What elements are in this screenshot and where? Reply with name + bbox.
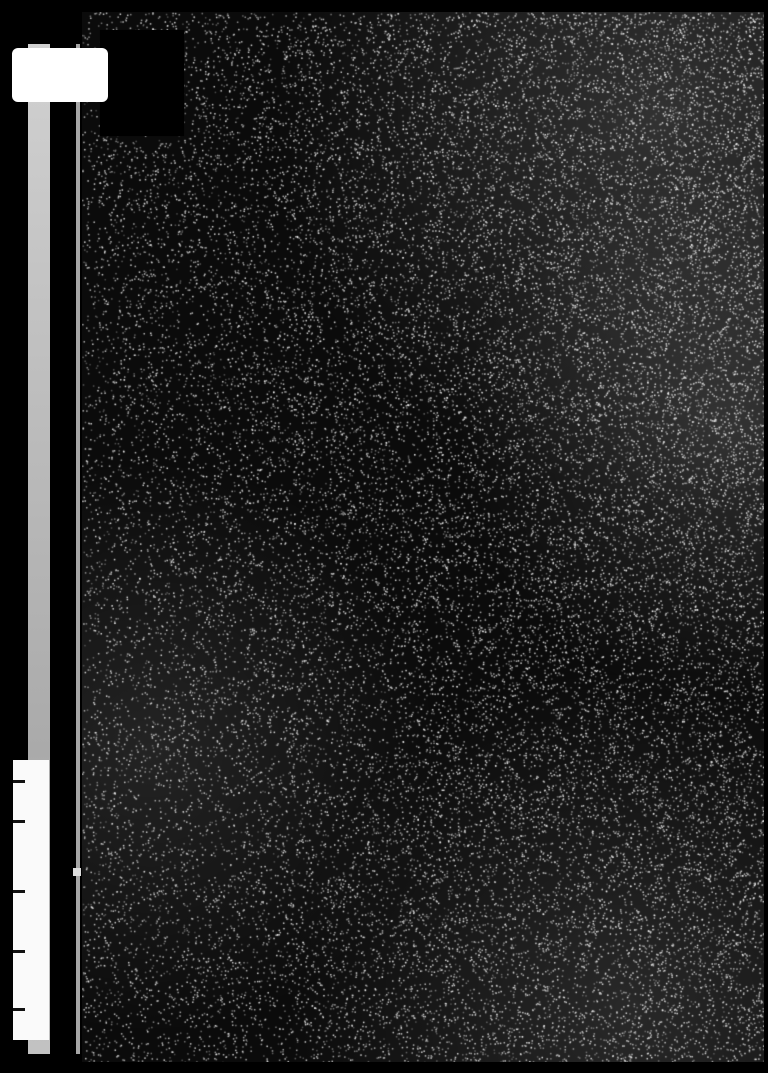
sticker-mark: [13, 780, 25, 783]
cover-label-panel: [100, 30, 184, 136]
sticker-mark: [13, 950, 25, 953]
spine-label: [12, 48, 108, 102]
book-scan: [0, 0, 768, 1073]
cover-mark: [73, 868, 81, 876]
sticker-mark: [13, 820, 25, 823]
book-front-cover: [82, 12, 764, 1062]
library-sticker: [13, 760, 49, 1040]
sticker-mark: [13, 1008, 25, 1011]
sticker-mark: [13, 890, 25, 893]
cloth-texture: [82, 12, 764, 1062]
spine-edge: [76, 44, 80, 1054]
